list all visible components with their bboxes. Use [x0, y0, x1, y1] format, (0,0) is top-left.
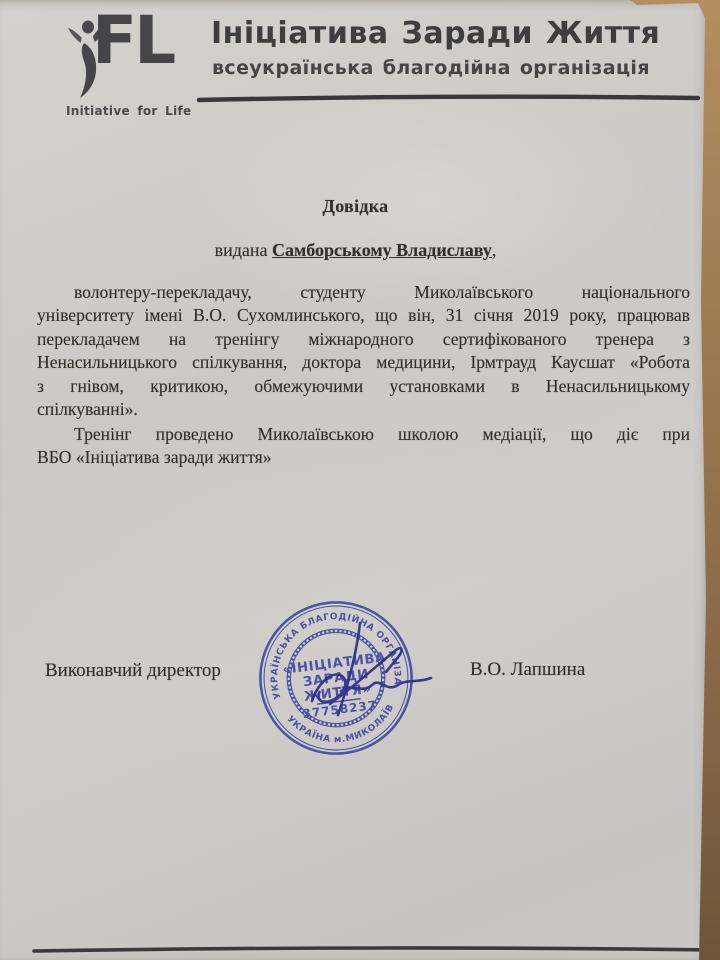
- body-line: Ненасильницького спілкування, доктора ме…: [37, 351, 690, 374]
- signatory-name: В.О. Лапшина: [470, 659, 585, 681]
- org-subtitle: всеукраїнська благодійна організація: [212, 57, 682, 79]
- issued-prefix: видана: [215, 240, 272, 260]
- body-paragraph-1: волонтеру-перекладачу, студенту Миколаїв…: [37, 281, 690, 421]
- document-paper: FL Initiative for Life Ініціатива Заради…: [0, 0, 711, 960]
- body-line: волонтеру-перекладачу, студенту Миколаїв…: [37, 281, 690, 304]
- issued-name: Самборському Владиславу: [272, 240, 492, 260]
- issued-suffix: ,: [492, 240, 497, 260]
- body-line: з гнівом, критикою, обмежуючими установк…: [37, 375, 690, 398]
- logo-tagline: Initiative for Life: [66, 104, 191, 118]
- signatory-role: Виконавчий директор: [45, 660, 221, 682]
- signature: [0, 0, 720, 960]
- body-line: перекладачем на тренінгу міжнародного се…: [37, 328, 690, 351]
- org-name: Ініціатива Заради Життя: [211, 16, 681, 51]
- body-line: ВБО «Ініціатива заради життя»: [37, 446, 690, 469]
- body-line: Тренінг проведено Миколаївською школою м…: [37, 423, 690, 446]
- document-title: Довідка: [0, 196, 711, 217]
- photo-backdrop: FL Initiative for Life Ініціатива Заради…: [0, 0, 720, 960]
- logo-abbr: FL: [92, 8, 173, 74]
- body-line: університету імені В.О. Сухомлинського, …: [37, 304, 690, 327]
- footer-rule: [28, 943, 720, 955]
- body-line: спілкуванні».: [37, 398, 690, 421]
- issued-line: видана Самборському Владиславу,: [0, 240, 711, 261]
- organization-stamp: ВСЕУКРАЇНСЬКА БЛАГОДІЙНА ОРГАНІЗАЦІЯ ★ У…: [219, 561, 453, 795]
- body-paragraph-2: Тренінг проведено Миколаївською школою м…: [37, 423, 690, 470]
- header-rule: [196, 91, 702, 105]
